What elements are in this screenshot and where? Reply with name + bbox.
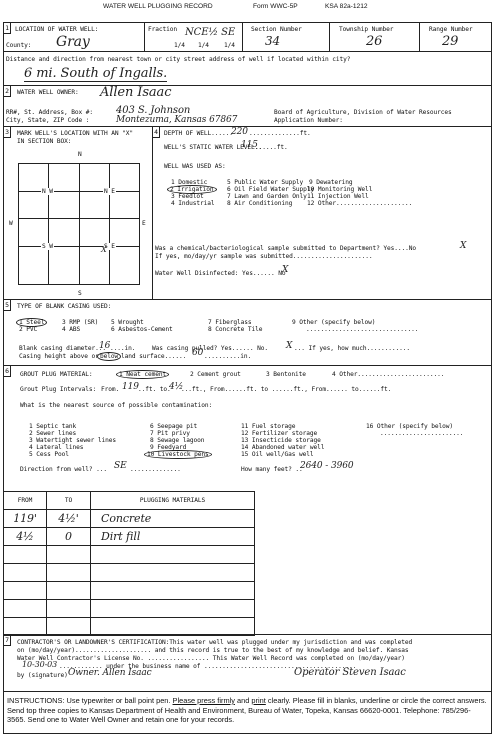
casing-option[interactable]: 4 ABS — [62, 326, 80, 333]
used-as-label: WELL WAS USED AS: — [164, 163, 226, 170]
source-option[interactable]: 12 Fertilizer storage — [241, 430, 317, 437]
row-from[interactable] — [4, 618, 47, 636]
section-number-cell: Section Number 34 — [242, 22, 330, 52]
compass-s: S — [78, 290, 82, 297]
row-from[interactable] — [4, 600, 47, 618]
row-from[interactable] — [4, 564, 47, 582]
row-from[interactable] — [4, 582, 47, 600]
instructions: INSTRUCTIONS: Use typewriter or ball poi… — [3, 691, 492, 734]
sample-answer[interactable]: X — [460, 241, 466, 251]
row-to[interactable] — [47, 582, 91, 600]
source-option[interactable]: 11 Fuel storage — [241, 423, 295, 430]
use-option[interactable]: 4 Industrial — [171, 200, 215, 207]
section-number: 2 — [4, 86, 11, 97]
township-field[interactable]: 26 — [366, 34, 382, 49]
row-material[interactable] — [91, 600, 255, 618]
how-many-feet-label: How many feet? .. — [241, 466, 303, 473]
header-materials: PLUGGING MATERIALS — [91, 492, 255, 510]
use-option[interactable]: 3 Feedlot — [171, 193, 204, 200]
row-from[interactable]: 119' — [4, 510, 47, 528]
distance-row: Distance and direction from nearest town… — [3, 51, 492, 86]
source-option[interactable]: 3 Watertight sewer lines — [29, 437, 116, 444]
section-grid[interactable]: N W N E S W S E X — [18, 163, 140, 285]
use-option[interactable]: 5 Public Water Supply — [227, 179, 303, 186]
instructions-underline-1: Please press firmly — [173, 696, 235, 705]
operator-signature[interactable]: Operator Steven Isaac — [294, 667, 406, 678]
quarter-label: 1/4 — [198, 42, 209, 49]
header-from: FROM — [4, 492, 47, 510]
casing-height-field[interactable]: 60 — [192, 348, 203, 358]
owner-signature[interactable]: Owner. Allen Isaac — [68, 668, 152, 678]
source-option[interactable]: 13 Insecticide storage — [241, 437, 321, 444]
diameter-label: Blank casing diameter... — [19, 345, 106, 352]
casing-pulled-answer[interactable]: X — [286, 341, 292, 351]
depth-unit: ..............ft. — [249, 130, 311, 137]
cert-line-1: CONTRACTOR'S OR LANDOWNER'S CERTIFICATIO… — [17, 639, 412, 646]
to-label: ..ft. to. — [138, 386, 171, 393]
section-number-label: Section Number — [251, 26, 302, 33]
compass-n: N — [78, 151, 82, 158]
table-row — [4, 618, 255, 636]
contamination-label: What is the nearest source of possible c… — [20, 402, 212, 409]
header-to: TO — [47, 492, 91, 510]
row-from[interactable] — [4, 546, 47, 564]
casing-height-below[interactable]: below — [97, 352, 121, 361]
use-option[interactable]: 11 Injection Well — [307, 193, 369, 200]
owner-label: WATER WELL OWNER: — [17, 89, 79, 96]
table-row — [4, 600, 255, 618]
row-to[interactable] — [47, 618, 91, 636]
casing-pulled-label: Was casing pulled? Yes...... No. — [152, 345, 268, 352]
row-material[interactable]: Concrete — [91, 510, 255, 528]
application-number-label: Application Number: — [274, 117, 343, 124]
range-cell: Range Number 29 — [419, 22, 492, 52]
quadrant-ne: N E — [103, 188, 116, 195]
distance-label: Distance and direction from nearest town… — [6, 56, 350, 63]
instructions-mid: and — [235, 696, 251, 705]
sample-date-label: If yes, mo/day/yr sample was submitted..… — [155, 253, 373, 260]
city-field[interactable]: Montezuma, Kansas 67867 — [116, 115, 237, 125]
form-number: Form WWC-5P — [253, 3, 298, 10]
grout-option-selected[interactable]: 1 Neat cement — [116, 370, 169, 379]
grout-intervals-label: Grout Plug Intervals: — [20, 386, 96, 393]
table-row: 4½ 0 Dirt fill — [4, 528, 255, 546]
cert-line-3: Water Well Contractor's License No. ....… — [17, 655, 405, 662]
section2-owner: 2 WATER WELL OWNER: Allen Isaac RR#, St.… — [3, 85, 492, 127]
owner-field[interactable]: Allen Isaac — [100, 85, 171, 100]
section4-well-info: 4 DEPTH OF WELL...... 220 ..............… — [152, 126, 492, 300]
casing-option[interactable]: 9 Other (specify below) — [292, 319, 375, 326]
direction-label: Direction from well? ... — [20, 466, 107, 473]
source-option[interactable]: 5 Cess Pool — [29, 451, 69, 458]
cert-line-2: on (mo/day/year)..................... an… — [17, 647, 409, 654]
instructions-prefix: INSTRUCTIONS: Use typewriter or ball poi… — [7, 696, 173, 705]
source-option[interactable]: 7 Pit privy — [150, 430, 190, 437]
interval-from-field[interactable]: 119 — [122, 382, 139, 392]
casing-height-unit: ..........in. — [204, 353, 251, 360]
section1-location: 1 LOCATION OF WATER WELL: County: Gray — [3, 22, 145, 52]
section-number: 5 — [4, 300, 11, 311]
section-number: 3 — [4, 127, 11, 138]
grout-option[interactable]: 4 Other........................ — [332, 371, 444, 378]
table-header: FROM TO PLUGGING MATERIALS — [4, 492, 255, 510]
casing-option[interactable]: 8 Concrete Tile — [208, 326, 262, 333]
completion-date-field[interactable]: 10-30-03 — [22, 660, 57, 669]
from-label: From. — [101, 386, 119, 393]
casing-option[interactable]: 5 Wrought — [111, 319, 144, 326]
fraction-field[interactable]: NCE½ SE — [185, 27, 235, 38]
county-field[interactable]: Gray — [56, 34, 90, 50]
statute: KSA 82a-1212 — [325, 3, 368, 10]
quadrant-sw: S W — [41, 243, 54, 250]
row-to[interactable]: 4½' — [47, 510, 91, 528]
section5-casing: 5 TYPE OF BLANK CASING USED: 1 Steel 3 R… — [3, 299, 492, 366]
how-many-feet-field[interactable]: 2640 - 3960 — [300, 461, 353, 471]
casing-type-label: TYPE OF BLANK CASING USED: — [17, 303, 111, 310]
source-other-field[interactable]: ....................... — [380, 430, 463, 437]
casing-option[interactable]: 7 Fiberglass — [208, 319, 252, 326]
well-mark: X — [101, 245, 107, 254]
quarter-label: 1/4 — [174, 42, 185, 49]
signature-label: by (signature) — [17, 672, 68, 679]
source-option[interactable]: 16 Other (specify below) — [366, 423, 453, 430]
board-label: Board of Agriculture, Division of Water … — [274, 109, 452, 116]
row-to[interactable] — [47, 546, 91, 564]
depth-label: DEPTH OF WELL...... — [164, 130, 233, 137]
row-material[interactable] — [91, 618, 255, 636]
distance-field[interactable]: 6 mi. South of Ingalls. — [24, 66, 167, 82]
direction-dots: .............. — [130, 466, 181, 473]
source-option[interactable]: 1 Septic tank — [29, 423, 76, 430]
casing-other-field[interactable]: ............................... — [306, 326, 418, 333]
use-option[interactable]: 7 Lawn and Garden Only — [227, 193, 307, 200]
use-option[interactable]: 8 Air Conditioning — [227, 200, 292, 207]
use-option[interactable]: 6 Oil Field Water Supply — [227, 186, 314, 193]
sample-question: Was a chemical/bacteriological sample su… — [155, 245, 416, 252]
disinfected-label: Water Well Disinfected: Yes...... No — [155, 270, 286, 277]
source-option[interactable]: 6 Seepage pit — [150, 423, 197, 430]
static-level-unit: ......ft. — [255, 144, 288, 151]
diameter-unit: ....in. — [110, 345, 135, 352]
section-number: 7 — [4, 635, 11, 646]
address-label: RR#, St. Address, Box #: — [6, 109, 93, 116]
plugging-materials-table: FROM TO PLUGGING MATERIALS 119' 4½' Conc… — [3, 491, 255, 636]
use-option[interactable]: 12 Other..................... — [307, 200, 412, 207]
row-material[interactable] — [91, 564, 255, 582]
instructions-underline-2: print — [251, 696, 265, 705]
row-to[interactable]: 0 — [47, 528, 91, 546]
township-label: Township Number — [339, 26, 393, 33]
section3-location-box: 3 MARK WELL'S LOCATION WITH AN "X" IN SE… — [3, 126, 153, 300]
section-number: 6 — [4, 366, 11, 377]
depth-field[interactable]: 220 — [231, 127, 248, 137]
row-material[interactable]: Dirt fill — [91, 528, 255, 546]
casing-height-label: Casing height above or — [19, 353, 99, 360]
compass-w: W — [9, 220, 13, 227]
row-to[interactable] — [47, 600, 91, 618]
row-to[interactable] — [47, 564, 91, 582]
use-option[interactable]: 9 Dewatering — [309, 179, 353, 186]
section7-certification: 7 CONTRACTOR'S OR LANDOWNER'S CERTIFICAT… — [3, 634, 492, 692]
casing-option[interactable]: 3 RMP (SR) — [62, 319, 98, 326]
source-option[interactable]: 4 Lateral lines — [29, 444, 83, 451]
how-much-label: ... If yes, how much............ — [294, 345, 410, 352]
location-label: LOCATION OF WATER WELL: — [15, 26, 98, 33]
grout-option[interactable]: 3 Bentonite — [266, 371, 306, 378]
direction-field[interactable]: SE — [114, 461, 127, 471]
fraction-cell: Fraction NCE½ SE 1/4 1/4 1/4 — [144, 22, 243, 52]
location-box-label: MARK WELL'S LOCATION WITH AN "X" IN SECT… — [17, 130, 142, 145]
casing-option[interactable]: 6 Asbestos-Cement — [111, 326, 173, 333]
section-number: 1 — [4, 23, 11, 34]
table-row: 119' 4½' Concrete — [4, 510, 255, 528]
source-option[interactable]: 2 Sewer lines — [29, 430, 76, 437]
city-label: City, State, ZIP Code : — [6, 117, 89, 124]
diameter-field[interactable]: 16 — [99, 341, 110, 351]
source-option[interactable]: 8 Sewage lagoon — [150, 437, 204, 444]
row-material[interactable] — [91, 582, 255, 600]
row-from[interactable]: 4½ — [4, 528, 47, 546]
source-option-selected[interactable]: 10 Livestock pens — [144, 450, 212, 459]
disinfected-answer[interactable]: X — [282, 265, 288, 275]
compass-e: E — [142, 220, 146, 227]
fraction-label: Fraction — [148, 26, 177, 33]
casing-option[interactable]: 2 PVC — [19, 326, 37, 333]
range-field[interactable]: 29 — [442, 34, 458, 49]
table-row — [4, 546, 255, 564]
section-number: 4 — [153, 127, 160, 138]
casing-height-label-b: land surface...... — [121, 353, 186, 360]
county-label: County: — [6, 42, 31, 49]
township-cell: Township Number 26 — [329, 22, 420, 52]
use-option[interactable]: 10 Monitoring Well — [307, 186, 372, 193]
source-option[interactable]: 14 Abandoned water well — [241, 444, 324, 451]
quarter-label: 1/4 — [224, 42, 235, 49]
table-row — [4, 564, 255, 582]
quadrant-nw: N W — [41, 188, 54, 195]
table-row — [4, 582, 255, 600]
interval-rest: ...ft., From......ft. to ......ft., From… — [181, 386, 391, 393]
grout-material-label: GROUT PLUG MATERIAL: — [20, 371, 93, 378]
range-label: Range Number — [429, 26, 473, 33]
source-option[interactable]: 15 Oil well/Gas well — [241, 451, 314, 458]
grout-option[interactable]: 2 Cement grout — [190, 371, 241, 378]
form-title: WATER WELL PLUGGING RECORD — [103, 3, 213, 10]
row-material[interactable] — [91, 546, 255, 564]
section-number-field[interactable]: 34 — [265, 34, 280, 48]
